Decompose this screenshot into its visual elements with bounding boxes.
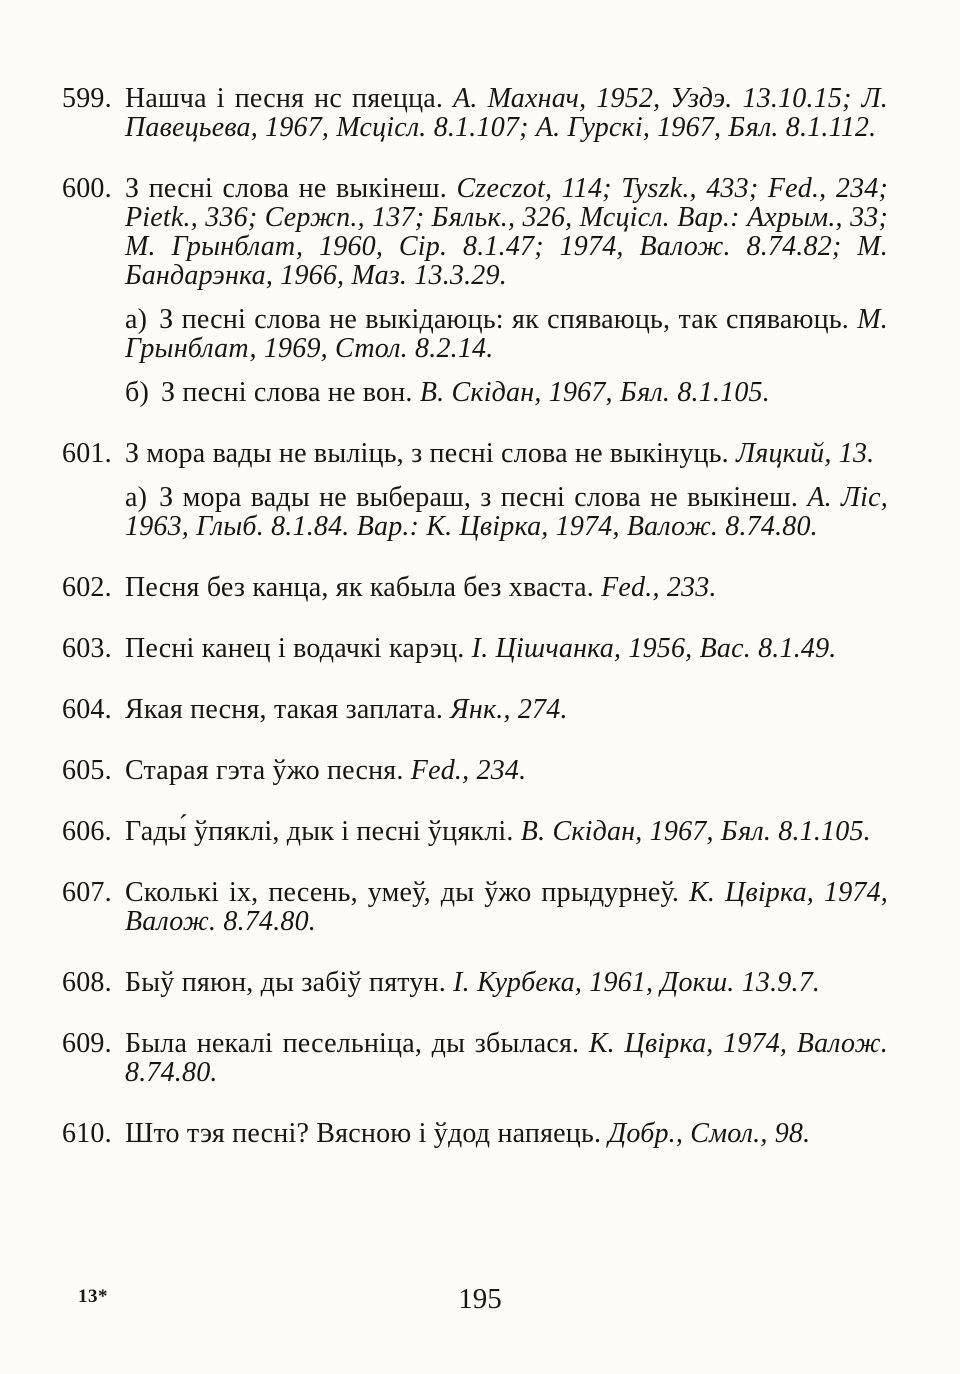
entry-text: З песні слова не выкінеш. Czeczot, 114; … <box>125 174 888 290</box>
page-number: 195 <box>0 1283 960 1316</box>
proverb-text: Сколькі іх, песень, умеў, ды ўжо прыдурн… <box>125 877 689 908</box>
entry: 607.Сколькі іх, песень, умеў, ды ўжо пры… <box>62 878 888 936</box>
entry: 605.Старая гэта ўжо песня. Fed., 234. <box>62 756 888 785</box>
proverb-text: Якая песня, такая заплата. <box>125 694 450 725</box>
sub-entry: а)З песні слова не выкідаюць: як спяваюц… <box>62 305 888 363</box>
entry-text: а)З мора вады не выбераш, з песні слова … <box>125 483 888 541</box>
entry: 600.З песні слова не выкінеш. Czeczot, 1… <box>62 174 888 290</box>
proverb-text: З песні слова не выкінеш. <box>125 173 456 204</box>
entry: 602.Песня без канца, як кабыла без хваст… <box>62 573 888 602</box>
entry-text: Што тэя песні? Вясною і ўдод напяець. До… <box>125 1119 888 1148</box>
entry-number: 601. <box>62 439 125 468</box>
entry-text: б)З песні слова не вон. В. Скідан, 1967,… <box>125 378 888 407</box>
sub-entry-label: б) <box>125 377 149 408</box>
entry-text: Быў пяюн, ды забіў пятун. І. Курбека, 19… <box>125 968 888 997</box>
entry-number: 599. <box>62 84 125 113</box>
entry-number: 606. <box>62 817 125 846</box>
sub-entry-label: а) <box>125 304 147 335</box>
entry: 599.Нашча і песня нс пяецца. А. Махнач, … <box>62 84 888 142</box>
entry-text: а)З песні слова не выкідаюць: як спяваюц… <box>125 305 888 363</box>
citation-text: Добр., Смол., 98. <box>608 1118 810 1149</box>
entry-number: 603. <box>62 634 125 663</box>
proverb-text: З мора вады не выбераш, з песні слова не… <box>159 482 807 513</box>
entry-number: 609. <box>62 1029 125 1058</box>
entry: 606.Гады́ ўпяклі, дык і песні ўцяклі. В.… <box>62 817 888 846</box>
proverb-text: Песні канец і водачкі карэц. <box>125 633 472 664</box>
entry-number: 607. <box>62 878 125 907</box>
entry-text: Гады́ ўпяклі, дык і песні ўцяклі. В. Скі… <box>125 817 888 846</box>
entry: 604.Якая песня, такая заплата. Янк., 274… <box>62 695 888 724</box>
entry-text: Песня без канца, як кабыла без хваста. F… <box>125 573 888 602</box>
sub-entry: б)З песні слова не вон. В. Скідан, 1967,… <box>62 378 888 407</box>
proverb-text: Гады́ ўпяклі, дык і песні ўцяклі. <box>125 816 521 847</box>
entry: 610.Што тэя песні? Вясною і ўдод напяець… <box>62 1119 888 1148</box>
entry-number: 605. <box>62 756 125 785</box>
citation-text: В. Скідан, 1967, Бял. 8.1.105. <box>420 377 770 408</box>
citation-text: В. Скідан, 1967, Бял. 8.1.105. <box>521 816 871 847</box>
citation-text: Fed., 233. <box>601 572 717 603</box>
proverb-text: Быў пяюн, ды забіў пятун. <box>125 967 453 998</box>
citation-text: Fed., 234. <box>411 755 527 786</box>
entry-text: Старая гэта ўжо песня. Fed., 234. <box>125 756 888 785</box>
proverb-text: З мора вады не выліць, з песні слова не … <box>125 438 736 469</box>
entry-text: Песні канец і водачкі карэц. І. Цішчанка… <box>125 634 888 663</box>
proverb-text: Песня без канца, як кабыла без хваста. <box>125 572 601 603</box>
entry: 608.Быў пяюн, ды забіў пятун. І. Курбека… <box>62 968 888 997</box>
entry-text: Была некалі песельніца, ды збылася. К. Ц… <box>125 1029 888 1087</box>
entry-number: 600. <box>62 174 125 203</box>
entry-number: 602. <box>62 573 125 602</box>
entry-text: Якая песня, такая заплата. Янк., 274. <box>125 695 888 724</box>
entry: 603.Песні канец і водачкі карэц. І. Цішч… <box>62 634 888 663</box>
proverb-text: Старая гэта ўжо песня. <box>125 755 411 786</box>
proverb-text: З песні слова не вон. <box>161 377 420 408</box>
proverb-text: З песні слова не выкідаюць: як спяваюць,… <box>159 304 857 335</box>
citation-text: І. Курбека, 1961, Докш. 13.9.7. <box>453 967 820 998</box>
entry-number: 608. <box>62 968 125 997</box>
citation-text: Янк., 274. <box>450 694 567 725</box>
citation-text: І. Цішчанка, 1956, Вас. 8.1.49. <box>472 633 837 664</box>
entry-text: Нашча і песня нс пяецца. А. Махнач, 1952… <box>125 84 888 142</box>
sub-entry-label: а) <box>125 482 147 513</box>
entry-text: Сколькі іх, песень, умеў, ды ўжо прыдурн… <box>125 878 888 936</box>
proverb-text: Была некалі песельніца, ды збылася. <box>125 1028 589 1059</box>
proverb-text: Што тэя песні? Вясною і ўдод напяець. <box>125 1118 608 1149</box>
entry: 601.З мора вады не выліць, з песні слова… <box>62 439 888 468</box>
entry: 609.Была некалі песельніца, ды збылася. … <box>62 1029 888 1087</box>
entry-text: З мора вады не выліць, з песні слова не … <box>125 439 888 468</box>
sub-entry: а)З мора вады не выбераш, з песні слова … <box>62 483 888 541</box>
entry-number: 610. <box>62 1119 125 1148</box>
proverb-text: Нашча і песня нс пяецца. <box>125 83 453 114</box>
entries-list: 599.Нашча і песня нс пяецца. А. Махнач, … <box>62 84 888 1148</box>
citation-text: Ляцкий, 13. <box>736 438 874 469</box>
entry-number: 604. <box>62 695 125 724</box>
book-page: 599.Нашча і песня нс пяецца. А. Махнач, … <box>0 0 960 1374</box>
